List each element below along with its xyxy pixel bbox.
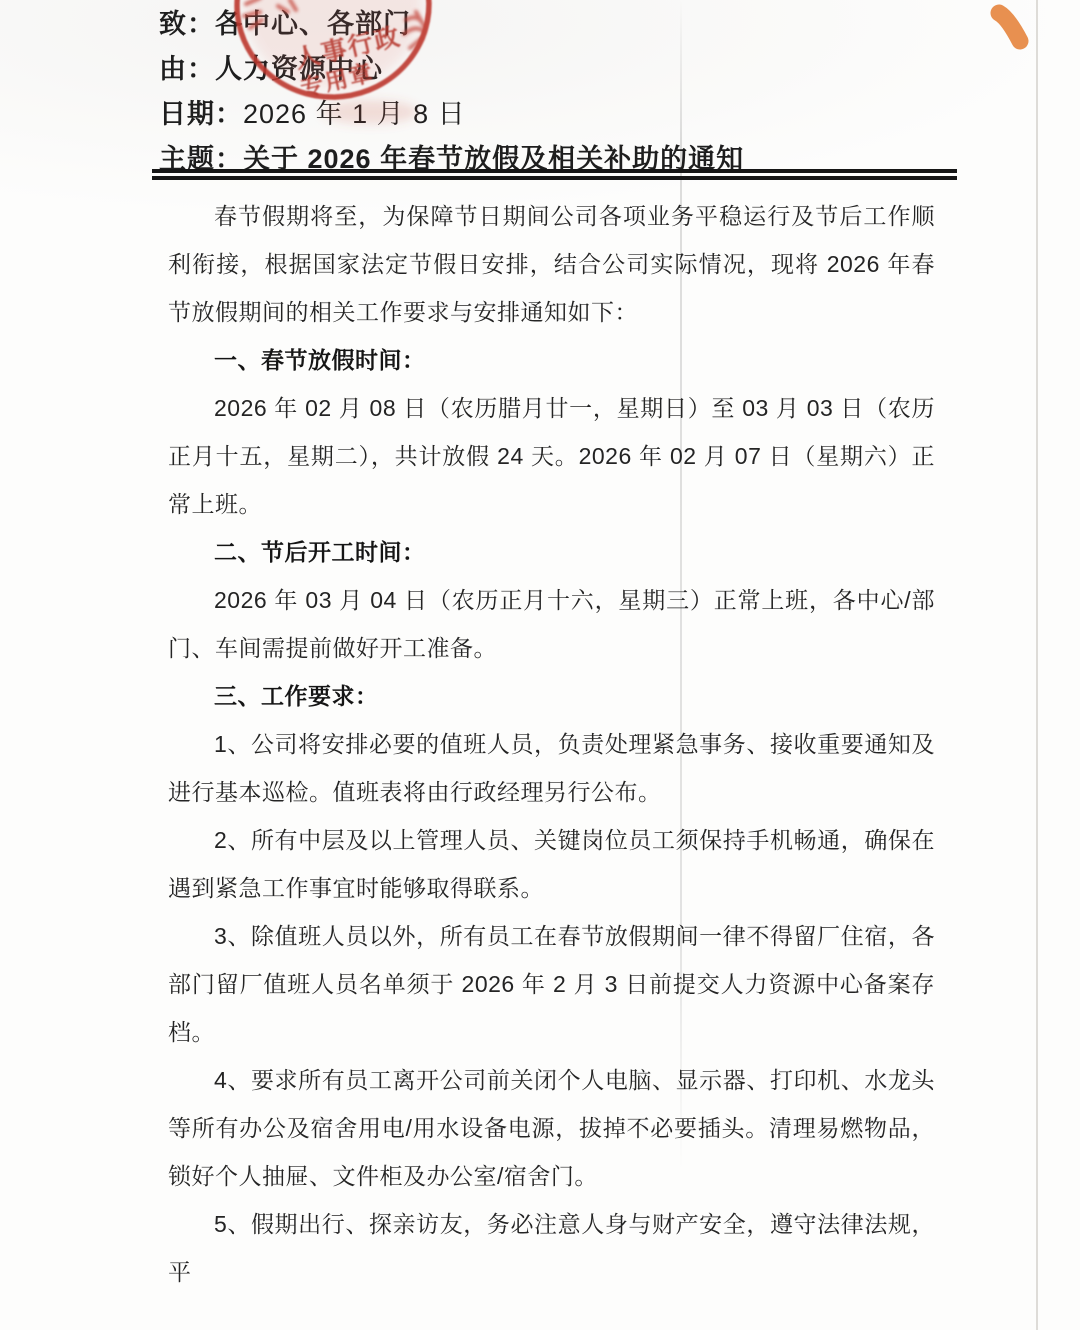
work-item-4: 4、要求所有员工离开公司前关闭个人电脑、显示器、打印机、水龙头等所有办公及宿舍用… [168, 1056, 935, 1200]
memo-to-line: 致：各中心、各部门 [159, 2, 744, 47]
work-item-1: 1、公司将安排必要的值班人员，负责处理紧急事务、接收重要通知及进行基本巡检。值班… [168, 720, 935, 816]
date-value: 2026 年 1 月 8 日 [243, 99, 466, 129]
work-item-5: 5、假期出行、探亲访友，务必注意人身与财产安全，遵守法律法规，平 [168, 1200, 935, 1296]
work-item-3: 3、除值班人员以外，所有员工在春节放假期间一律不得留厂住宿，各部门留厂值班人员名… [168, 912, 935, 1056]
header-divider [152, 169, 957, 180]
orange-pen-mark [980, 0, 1040, 60]
memo-date-line: 日期：2026 年 1 月 8 日 [159, 92, 744, 137]
work-item-2: 2、所有中层及以上管理人员、关键岗位员工须保持手机畅通，确保在遇到紧急工作事宜时… [168, 816, 935, 912]
section-1-heading: 一、春节放假时间： [168, 336, 935, 384]
section-2-paragraph: 2026 年 03 月 04 日（农历正月十六，星期三）正常上班，各中心/部门、… [168, 576, 935, 672]
from-label: 由： [159, 54, 215, 84]
section-1-paragraph: 2026 年 02 月 08 日（农历腊月廿一，星期日）至 03 月 03 日（… [168, 384, 935, 528]
to-label: 致： [159, 9, 215, 39]
paper-edge-line [1036, 0, 1038, 1330]
memo-from-line: 由：人力资源中心 [159, 47, 744, 92]
intro-paragraph: 春节假期将至，为保障节日期间公司各项业务平稳运行及节后工作顺利衔接，根据国家法定… [168, 192, 935, 336]
to-value: 各中心、各部门 [215, 9, 411, 39]
memo-page: 致：各中心、各部门 由：人力资源中心 日期：2026 年 1 月 8 日 主题：… [0, 0, 1080, 1330]
memo-header: 致：各中心、各部门 由：人力资源中心 日期：2026 年 1 月 8 日 主题：… [159, 2, 744, 182]
section-2-heading: 二、节后开工时间： [168, 528, 935, 576]
section-3-heading: 三、工作要求： [168, 672, 935, 720]
date-label: 日期： [159, 99, 243, 129]
from-value: 人力资源中心 [215, 54, 383, 84]
memo-body: 春节假期将至，为保障节日期间公司各项业务平稳运行及节后工作顺利衔接，根据国家法定… [168, 192, 935, 1296]
